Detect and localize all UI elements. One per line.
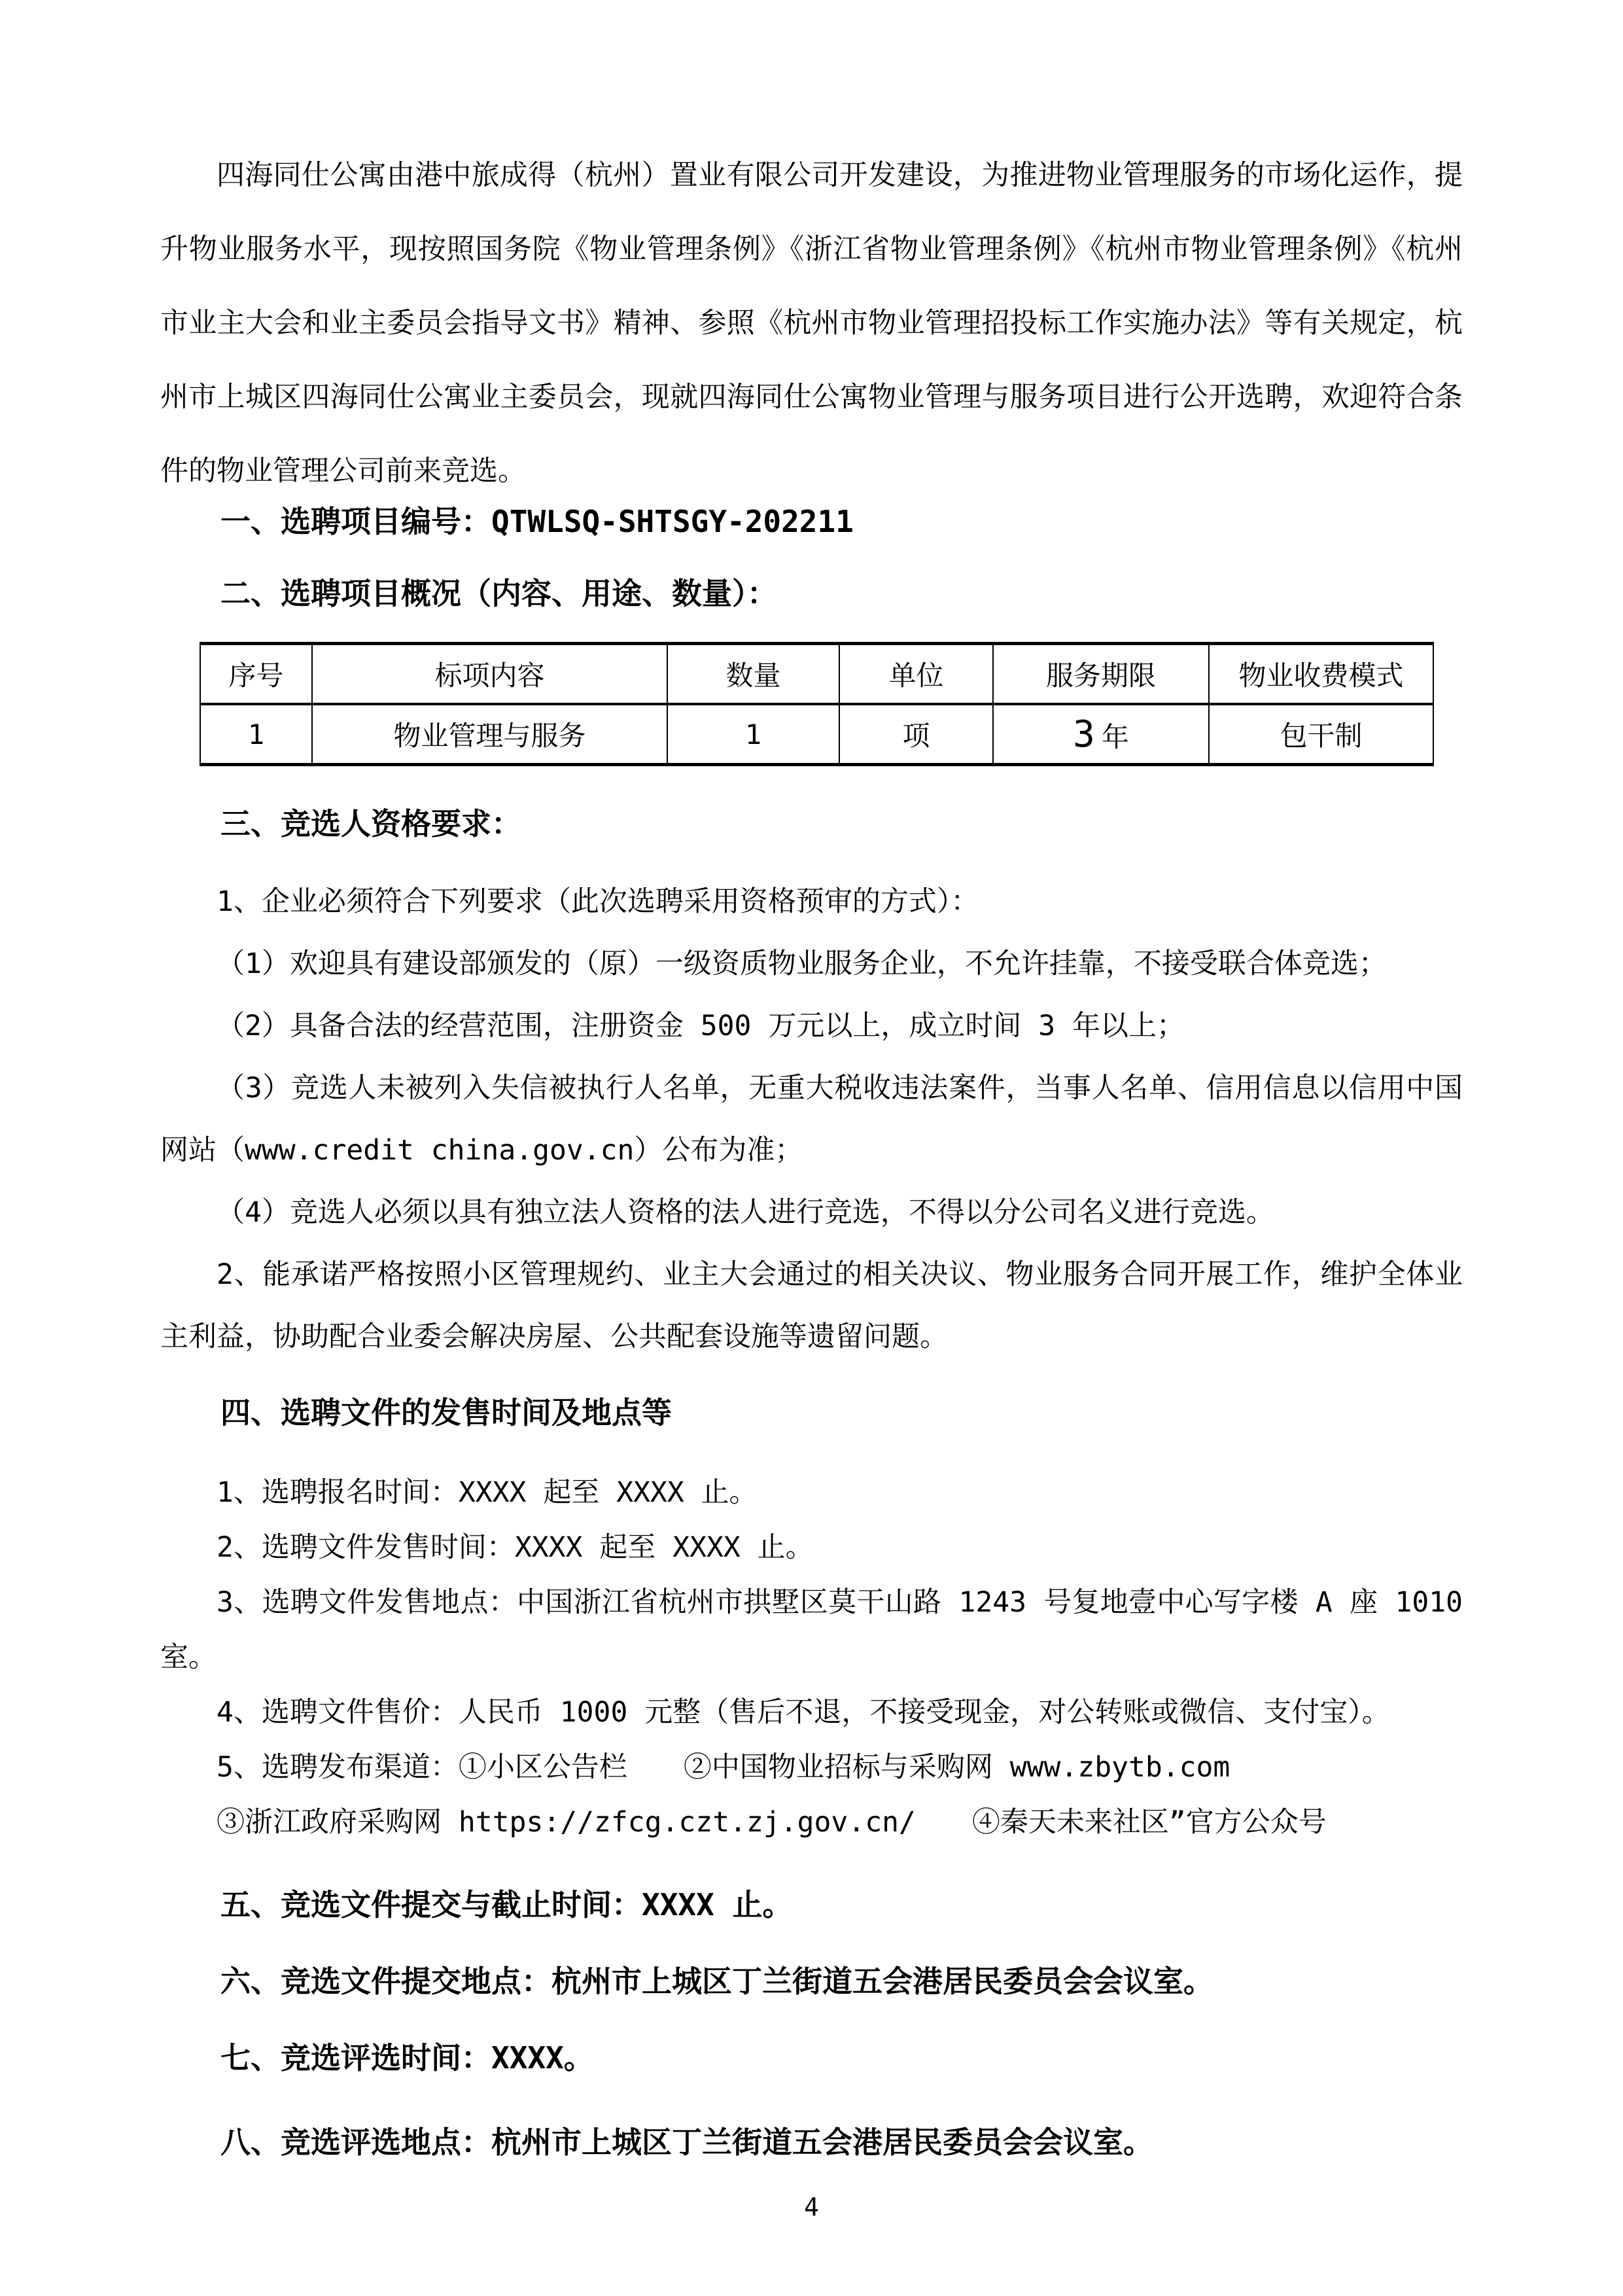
section-heading-project-number: 一、选聘项目编号：QTWLSQ-SHTSGY-202211 xyxy=(160,501,1463,542)
qualification-item-1-1: （1）欢迎具有建设部颁发的（原）一级资质物业服务企业，不允许挂靠，不接受联合体竞… xyxy=(160,933,1463,995)
document-page: 四海同仕公寓由港中旅成得（杭州）置业有限公司开发建设，为推进物业管理服务的市场化… xyxy=(0,0,1623,2296)
table-header-row: 序号 标项内容 数量 单位 服务期限 物业收费模式 xyxy=(200,644,1433,705)
sale-info-item-5: 5、选聘发布渠道：①小区公告栏 ②中国物业招标与采购网 www.zbytb.co… xyxy=(160,1740,1463,1795)
page-number: 4 xyxy=(160,2192,1463,2222)
table-cell-fee-mode: 包干制 xyxy=(1209,704,1433,765)
sale-info-item-1: 1、选聘报名时间：XXXX 起至 XXXX 止。 xyxy=(160,1465,1463,1520)
sale-info-item-2: 2、选聘文件发售时间：XXXX 起至 XXXX 止。 xyxy=(160,1520,1463,1575)
term-unit: 年 xyxy=(1102,721,1129,753)
table-header-term: 服务期限 xyxy=(993,644,1209,705)
page-content: 四海同仕公寓由港中旅成得（杭州）置业有限公司开发建设，为推进物业管理服务的市场化… xyxy=(0,0,1623,2222)
qualification-item-1: 1、企业必须符合下列要求（此次选聘采用资格预审的方式）： xyxy=(160,871,1463,933)
table-header-qty: 数量 xyxy=(667,644,839,705)
sale-info-item-4: 4、选聘文件售价：人民币 1000 元整（售后不退，不接受现金，对公转账或微信、… xyxy=(160,1685,1463,1740)
table-header-item: 标项内容 xyxy=(312,644,667,705)
intro-paragraph: 四海同仕公寓由港中旅成得（杭州）置业有限公司开发建设，为推进物业管理服务的市场化… xyxy=(160,139,1463,508)
table-cell-unit: 项 xyxy=(839,704,993,765)
table-cell-qty: 1 xyxy=(667,704,839,765)
sale-info-item-5-continued: ③浙江政府采购网 https://zfcg.czt.zj.gov.cn/ ④秦天… xyxy=(160,1795,1463,1850)
table-header-fee-mode: 物业收费模式 xyxy=(1209,644,1433,705)
table-row: 1 物业管理与服务 1 项 3年 包干制 xyxy=(200,704,1433,765)
qualification-item-1-4: （4）竞选人必须以具有独立法人资格的法人进行竞选，不得以分公司名义进行竞选。 xyxy=(160,1182,1463,1244)
section-heading-review-time: 七、竞选评选时间：XXXX。 xyxy=(160,2037,1463,2079)
table-header-unit: 单位 xyxy=(839,644,993,705)
table-cell-term: 3年 xyxy=(993,704,1209,765)
section-heading-submission-deadline: 五、竞选文件提交与截止时间：XXXX 止。 xyxy=(160,1884,1463,1926)
table-cell-item: 物业管理与服务 xyxy=(312,704,667,765)
project-overview-table: 序号 标项内容 数量 单位 服务期限 物业收费模式 1 物业管理与服务 1 项 … xyxy=(200,642,1434,766)
qualification-item-1-2: （2）具备合法的经营范围，注册资金 500 万元以上，成立时间 3 年以上； xyxy=(160,995,1463,1057)
section-heading-project-overview: 二、选聘项目概况（内容、用途、数量）： xyxy=(160,573,1463,614)
section-heading-sale-info: 四、选聘文件的发售时间及地点等 xyxy=(160,1392,1463,1434)
term-number: 3 xyxy=(1073,713,1095,756)
section-heading-qualifications: 三、竞选人资格要求： xyxy=(160,803,1463,845)
section-heading-submission-location: 六、竞选文件提交地点：杭州市上城区丁兰街道五会港居民委员会会议室。 xyxy=(160,1960,1463,2002)
table-cell-seq: 1 xyxy=(200,704,312,765)
section-heading-review-location: 八、竞选评选地点：杭州市上城区丁兰街道五会港居民委员会会议室。 xyxy=(160,2121,1463,2163)
sale-info-item-3: 3、选聘文件发售地点：中国浙江省杭州市拱墅区莫干山路 1243 号复地壹中心写字… xyxy=(160,1575,1463,1685)
qualification-item-2: 2、能承诺严格按照小区管理规约、业主大会通过的相关决议、物业服务合同开展工作，维… xyxy=(160,1244,1463,1368)
table-header-seq: 序号 xyxy=(200,644,312,705)
qualification-item-1-3: （3）竞选人未被列入失信被执行人名单，无重大税收违法案件，当事人名单、信用信息以… xyxy=(160,1057,1463,1182)
